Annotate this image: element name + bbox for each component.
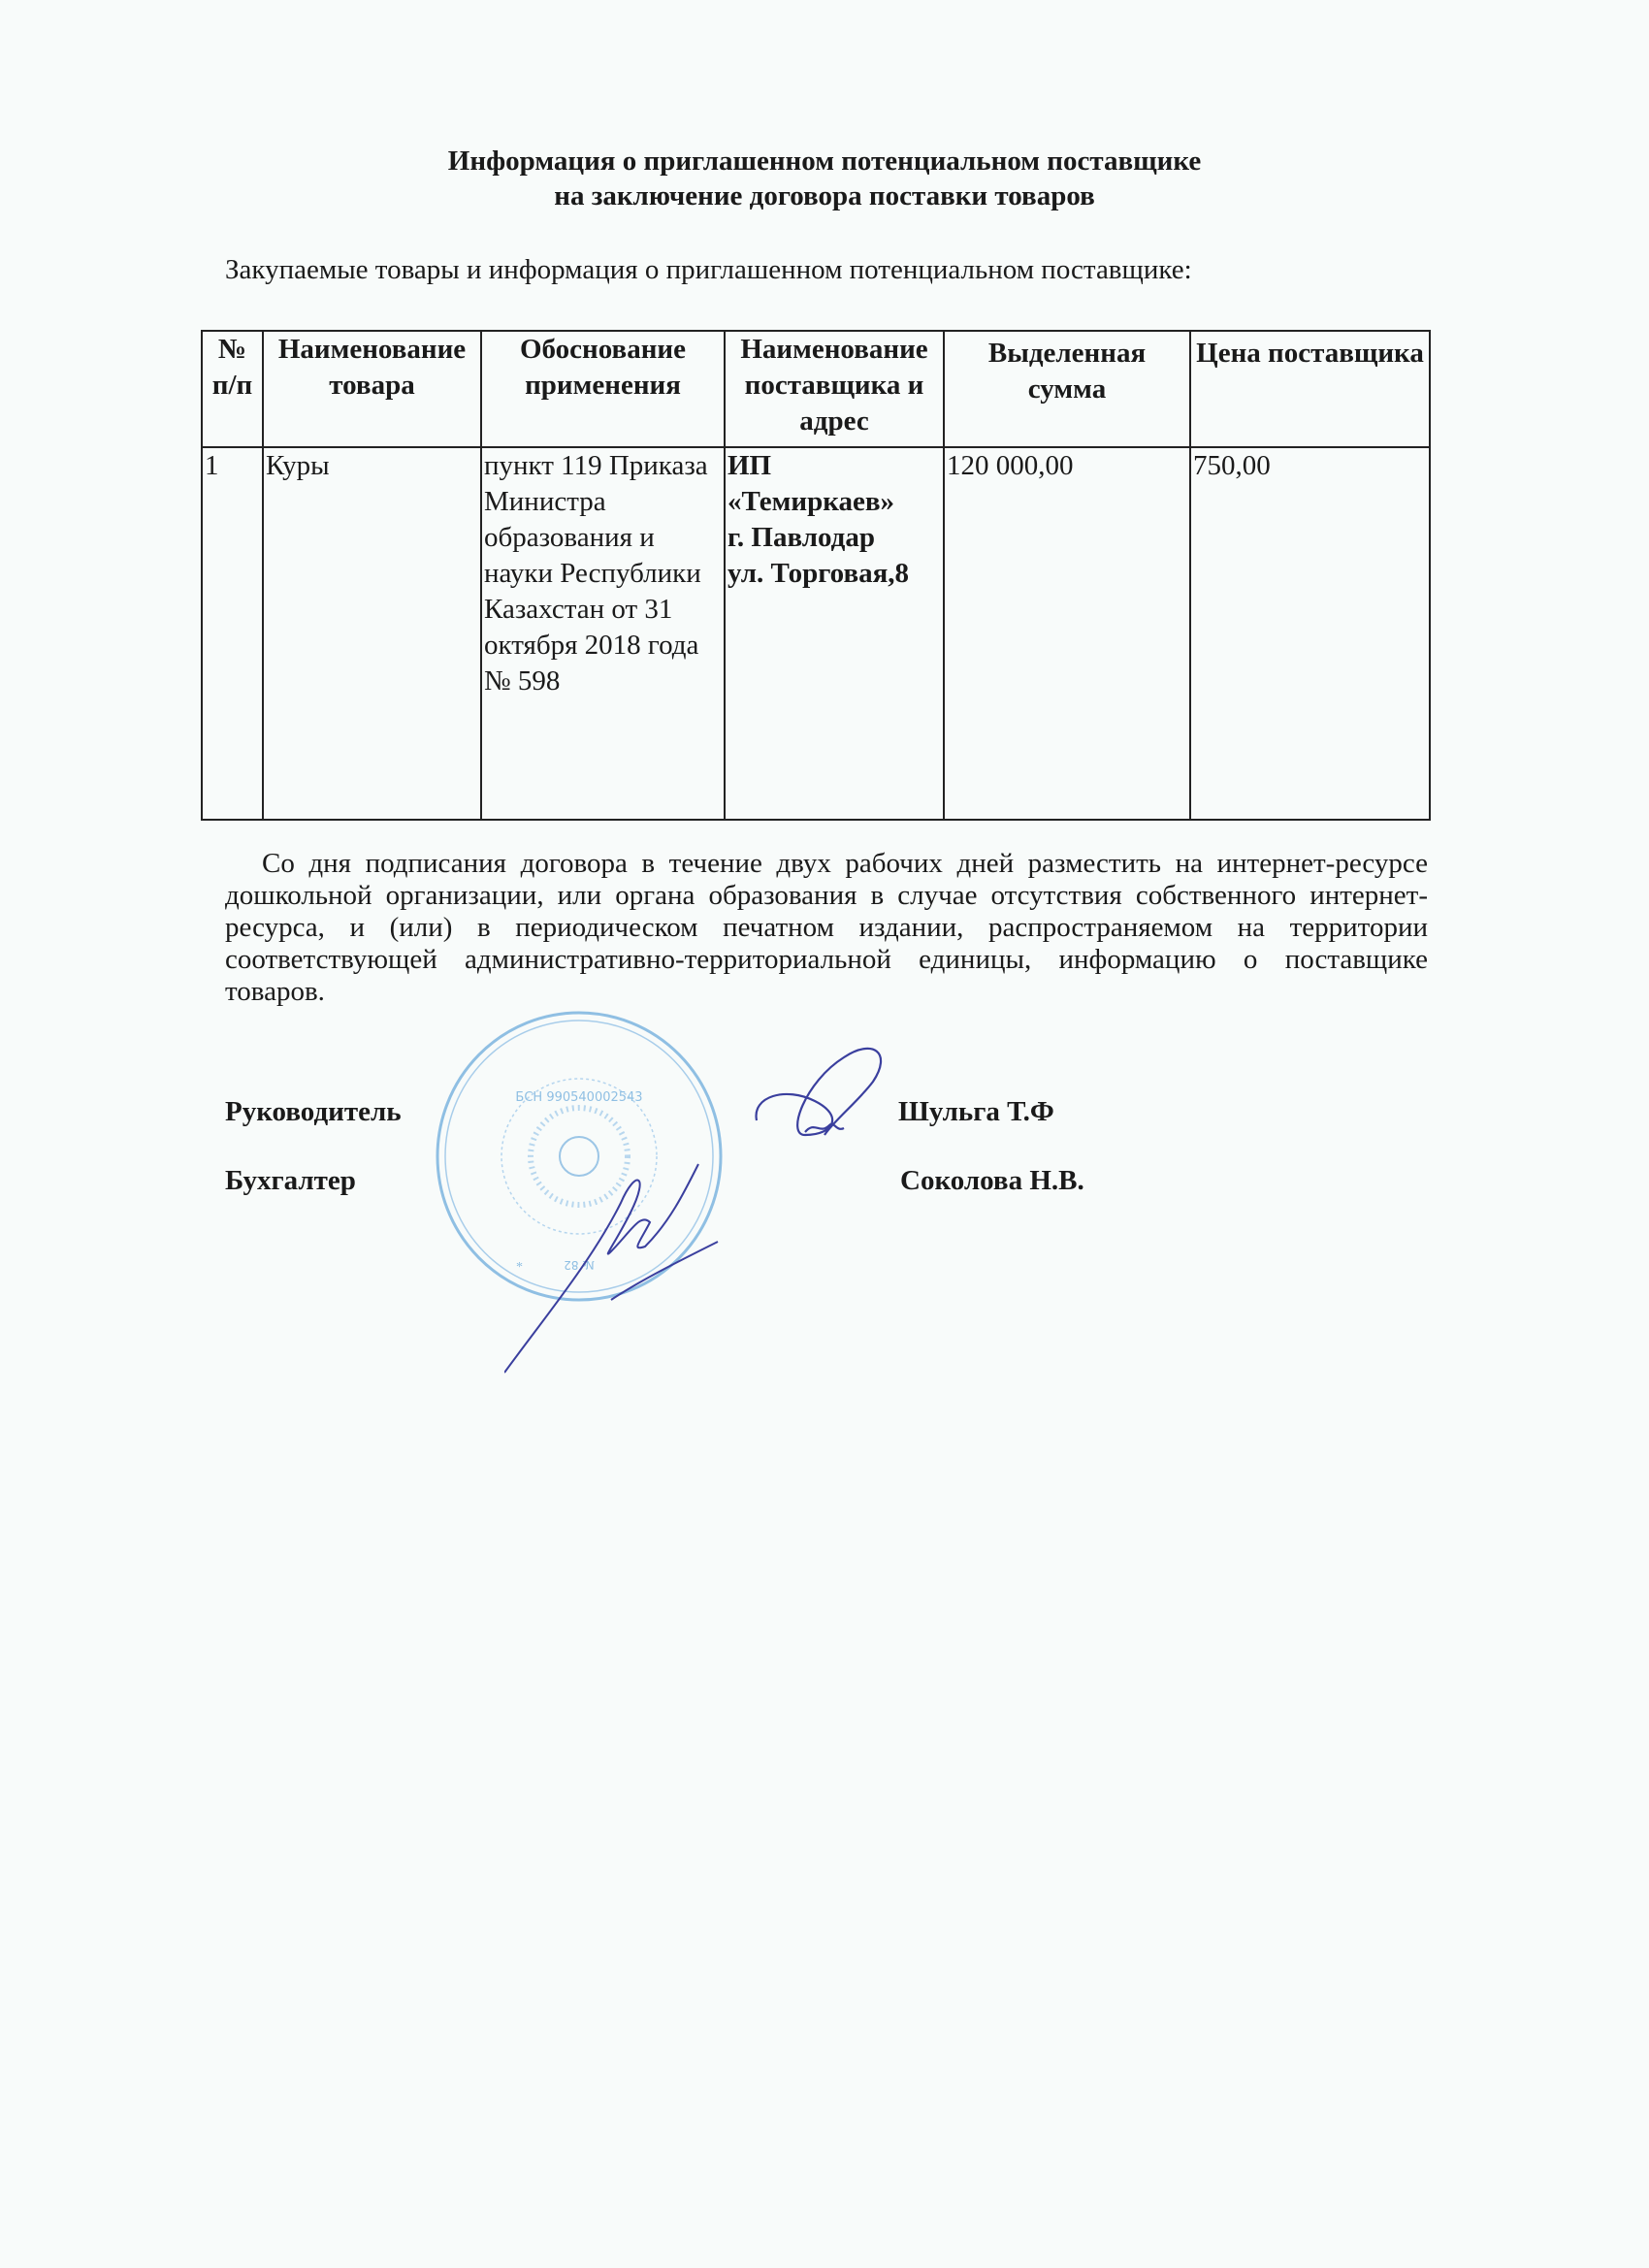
supplier-line-4: ул. Торговая,8 xyxy=(727,556,941,592)
cell-num: 1 xyxy=(202,447,263,820)
cell-basis: пункт 119 Приказа Министра образования и… xyxy=(481,447,725,820)
supplier-line-1: ИП xyxy=(727,448,941,484)
accountant-signature-icon xyxy=(504,1145,737,1377)
header-allocated-sum: Выделенная сумма xyxy=(944,331,1190,447)
cell-allocated-sum: 120 000,00 xyxy=(944,447,1190,820)
header-basis: Обоснование применения xyxy=(481,331,725,447)
title-line-1: Информация о приглашенном потенциальном … xyxy=(0,144,1649,178)
header-item: Наименование товара xyxy=(263,331,481,447)
table-header-row: № п/п Наименование товара Обоснование пр… xyxy=(202,331,1430,447)
supplier-line-3: г. Павлодар xyxy=(727,520,941,556)
accountant-name: Соколова Н.В. xyxy=(900,1165,1084,1197)
head-signature-icon xyxy=(747,1043,912,1150)
accountant-label: Бухгалтер xyxy=(225,1165,356,1197)
header-num: № п/п xyxy=(202,331,263,447)
cell-supplier: ИП «Темиркаев» г. Павлодар ул. Торговая,… xyxy=(725,447,944,820)
title-line-2: на заключение договора поставки товаров xyxy=(0,178,1649,213)
header-supplier: Наименование поставщика и адрес xyxy=(725,331,944,447)
cell-item: Куры xyxy=(263,447,481,820)
svg-text:БСН 990540002543: БСН 990540002543 xyxy=(515,1090,642,1105)
instruction-paragraph: Со дня подписания договора в течение дву… xyxy=(225,848,1428,1008)
supplier-line-2: «Темиркаев» xyxy=(727,484,941,520)
head-name: Шульга Т.Ф xyxy=(898,1096,1054,1128)
document-title: Информация о приглашенном потенциальном … xyxy=(0,144,1649,213)
table-row: 1 Куры пункт 119 Приказа Министра образо… xyxy=(202,447,1430,820)
head-label: Руководитель xyxy=(225,1096,402,1128)
goods-table: № п/п Наименование товара Обоснование пр… xyxy=(201,330,1431,821)
intro-text: Закупаемые товары и информация о приглаш… xyxy=(225,254,1192,286)
header-supplier-price: Цена поставщика xyxy=(1190,331,1430,447)
cell-supplier-price: 750,00 xyxy=(1190,447,1430,820)
